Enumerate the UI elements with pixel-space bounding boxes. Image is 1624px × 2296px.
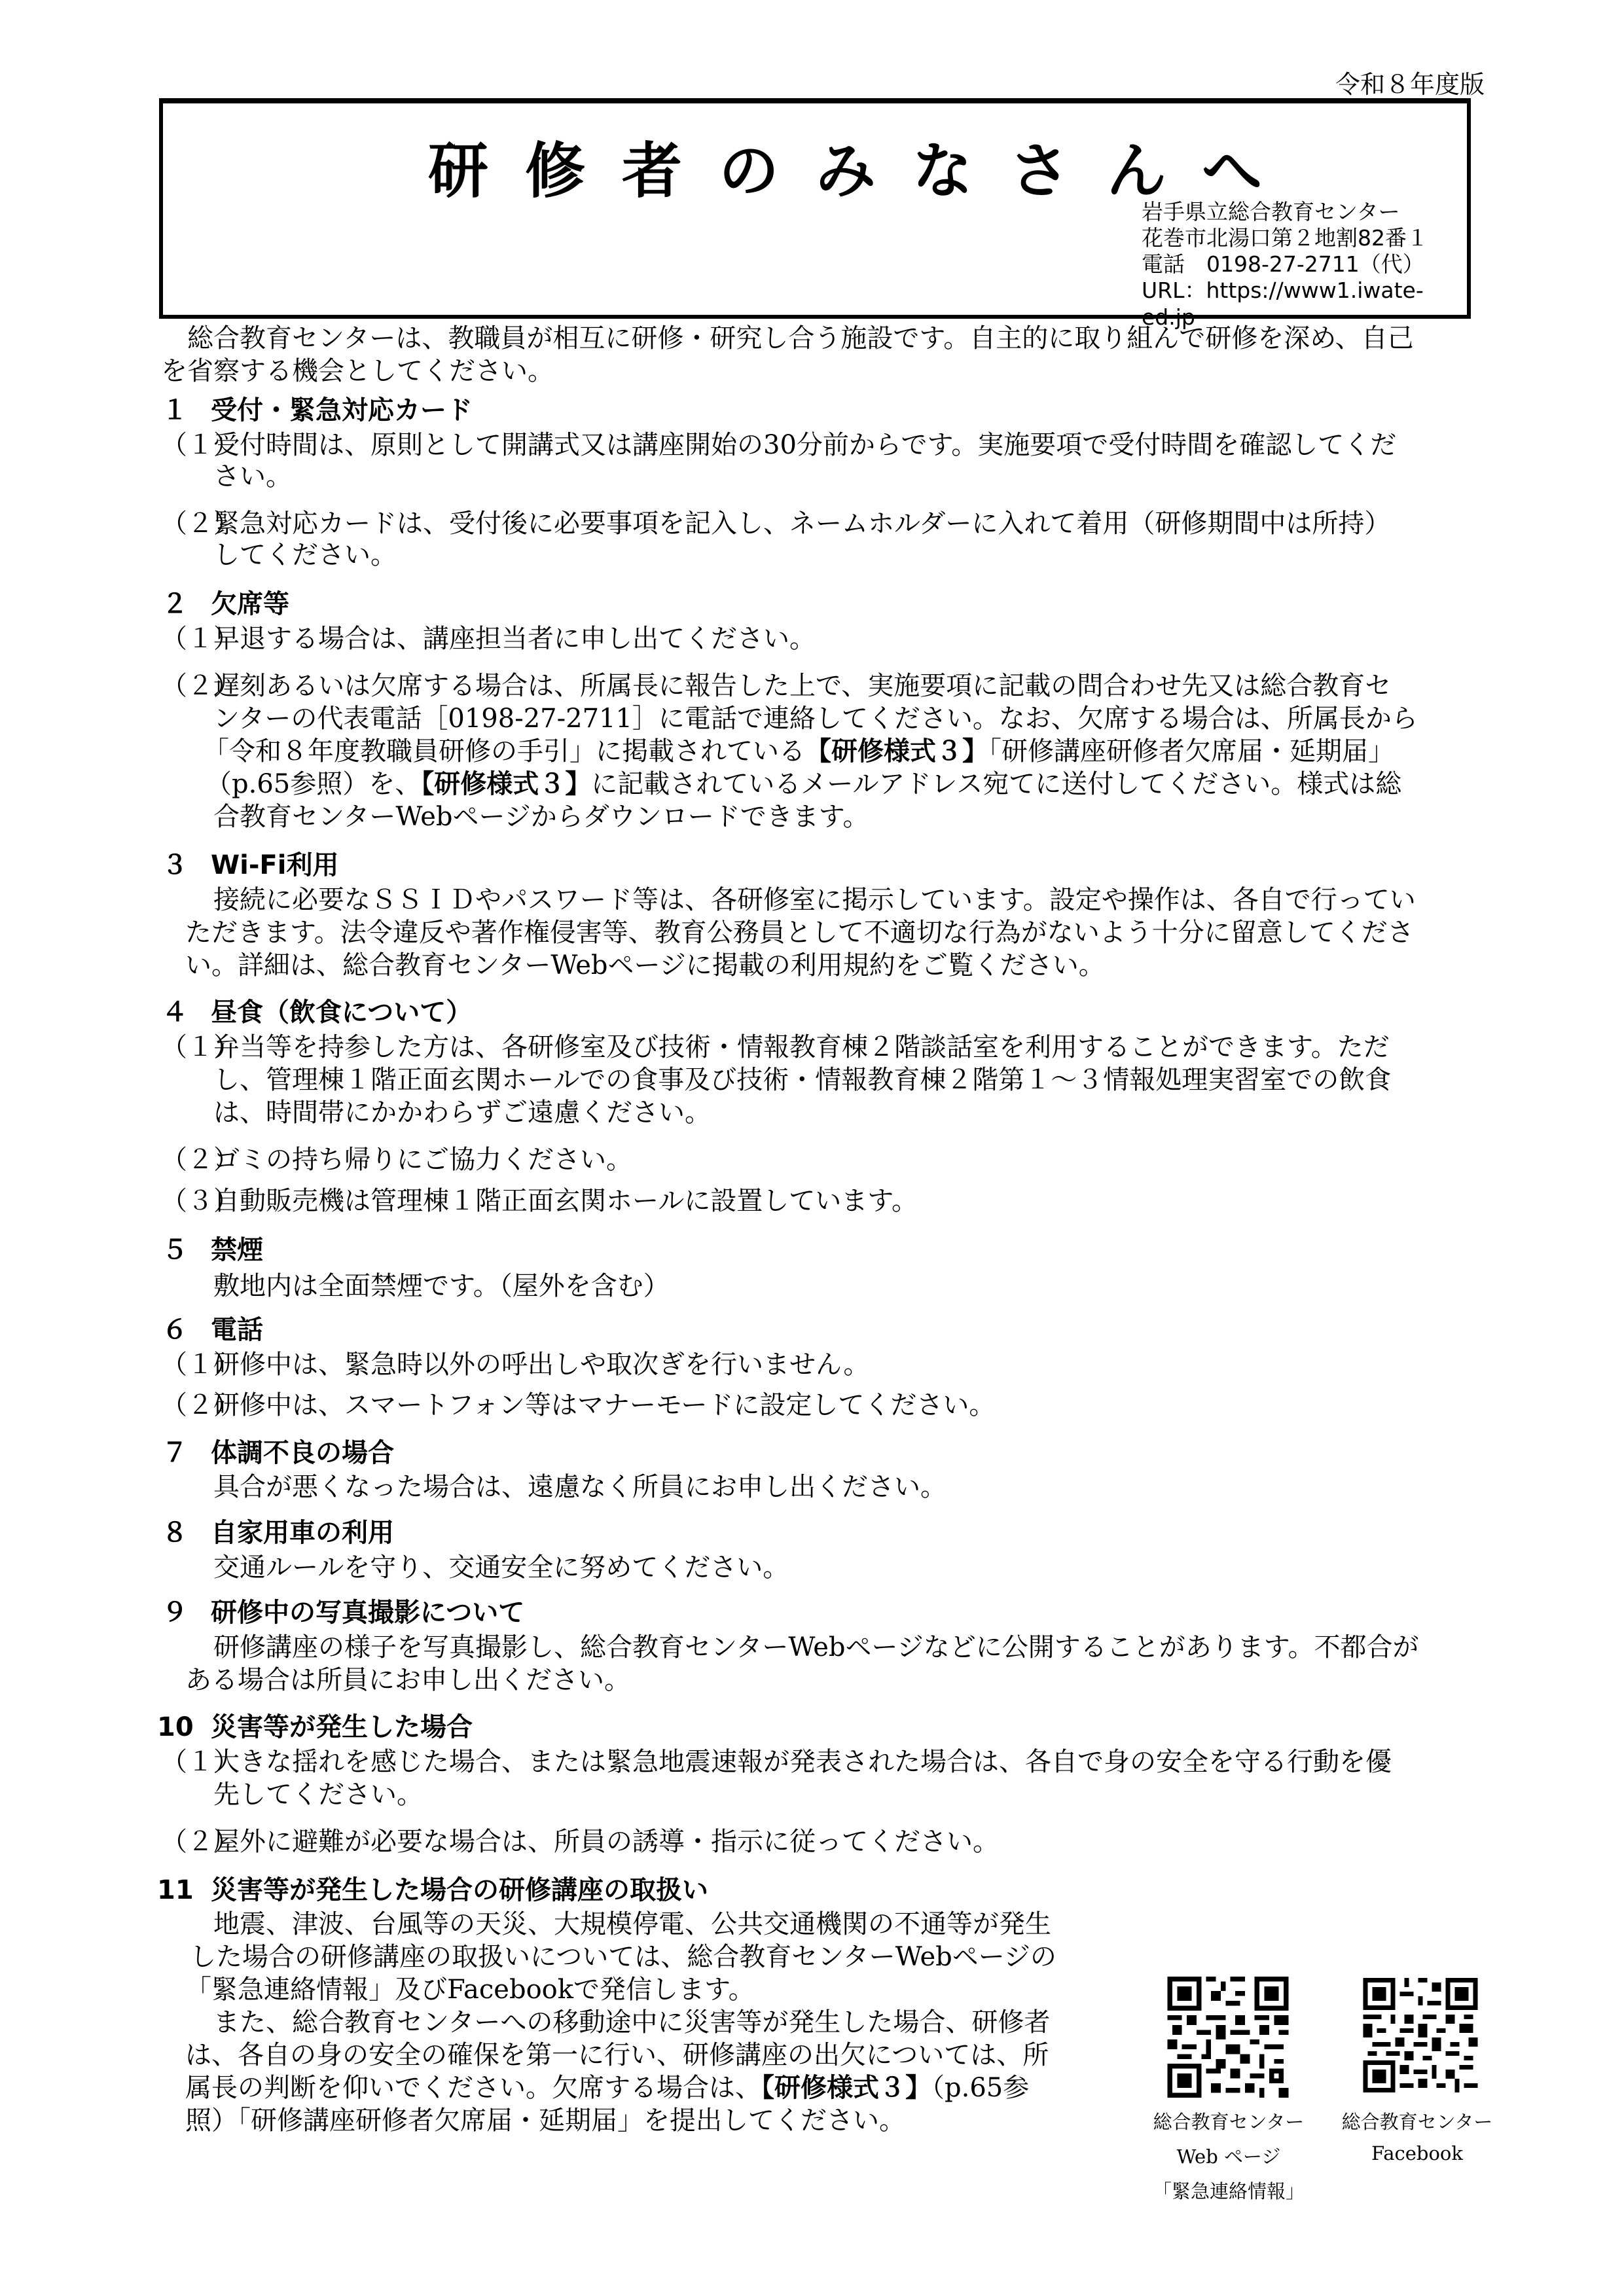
caption-line: Web ページ: [1147, 2142, 1310, 2169]
section-title: 禁煙: [211, 1237, 263, 1263]
form-reference: 【研修様式３】: [761, 2073, 931, 2103]
item-text: 研修中は、スマートフォン等はマナーモードに設定してください。: [213, 1392, 995, 1418]
section-title: 電話: [211, 1317, 263, 1343]
form-reference: 【研修様式３】: [421, 769, 591, 799]
paragraph-line: 交通ルールを守り、交通安全に努めてください。: [213, 1554, 789, 1581]
item-text: 受付時間は、原則として開講式又は講座開始の30分前からです。実施要項で受付時間を…: [213, 432, 1396, 458]
section-title: 研修中の写真撮影について: [211, 1600, 524, 1626]
item-text: は、時間帯にかかわらずご遠慮ください。: [213, 1100, 711, 1126]
item-text: 「令和８年度教職員研修の手引」に掲載されている: [203, 736, 805, 766]
section-title: 昼食（飲食について）: [211, 999, 472, 1026]
paragraph-text: （p.65参: [931, 2073, 1029, 2103]
section-title: 災害等が発生した場合: [211, 1714, 473, 1740]
paragraph-line: 研修講座の様子を写真撮影し、総合教育センターWebページなどに公開することがあり…: [213, 1634, 1419, 1660]
item-text: ゴミの持ち帰りにご協力ください。: [213, 1147, 632, 1173]
edition-label: 令和８年度版: [1335, 64, 1485, 100]
item-text: 先してください。: [213, 1782, 423, 1808]
item-text: に記載されているメールアドレス宛てに送付してください。様式は総: [591, 769, 1401, 799]
section-title: 自家用車の利用: [211, 1520, 394, 1546]
item-text: 大きな揺れを感じた場合、または緊急地震速報が発表された場合は、各自で身の安全を守…: [213, 1749, 1392, 1775]
item-text: （p.65参照）を、: [206, 769, 421, 799]
item-text: 屋外に避難が必要な場合は、所員の誘導・指示に従ってください。: [213, 1829, 999, 1855]
section-title: 体調不良の場合: [211, 1440, 394, 1466]
item-text-line: （p.65参照）を、【研修様式３】に記載されているメールアドレス宛てに送付してく…: [206, 771, 1401, 797]
caption-line: 総合教育センター: [1335, 2108, 1499, 2134]
form-name: 「研修講座研修者欠席届・延期届」: [988, 736, 1394, 766]
section-title: 欠席等: [211, 591, 289, 617]
paragraph-line: 敷地内は全面禁煙です。（屋外を含む）: [213, 1273, 670, 1299]
paragraph-text: 属長の判断を仰いでください。欠席する場合は、: [185, 2073, 761, 2103]
item-text: ンターの代表電話［0198-27-2711］に電話で連絡してください。なお、欠席…: [213, 706, 1418, 732]
item-text: 緊急対応カードは、受付後に必要事項を記入し、ネームホルダーに入れて着用（研修期間…: [213, 511, 1390, 537]
item-text: し、管理棟１階正面玄関ホールでの食事及び技術・情報教育棟２階第１～３情報処理実習…: [213, 1067, 1391, 1093]
qr-code-icon: [1165, 1977, 1291, 2098]
section-number: ４: [162, 999, 188, 1026]
item-text: 合教育センターWebページからダウンロードできます。: [213, 804, 869, 830]
paragraph-line: 「緊急連絡情報」及びFacebookで発信します。: [185, 1977, 755, 2003]
intro-line: を省察する機会としてください。: [161, 358, 554, 384]
section-title: 災害等が発生した場合の研修講座の取扱い: [211, 1877, 708, 1903]
section-number: ８: [162, 1520, 188, 1546]
section-number: ２: [162, 591, 188, 617]
paragraph-line: 接続に必要なＳＳＩＤやパスワード等は、各研修室に掲示しています。設定や操作は、各…: [213, 887, 1416, 913]
intro-line: 総合教育センターは、教職員が相互に研修・研究し合う施設です。自主的に取り組んで研…: [161, 325, 1414, 351]
qr-caption-facebook: 総合教育センター Facebook: [1335, 2108, 1499, 2164]
section-number: 11: [157, 1877, 194, 1903]
item-text: 早退する場合は、講座担当者に申し出てください。: [213, 626, 816, 652]
header-box: 研修者のみなさんへ 岩手県立総合教育センター 花巻市北湯口第２地割82番１ 電話…: [159, 98, 1471, 319]
caption-line: Facebook: [1335, 2142, 1499, 2164]
paragraph-line: い。詳細は、総合教育センターWebページに掲載の利用規約をご覧ください。: [185, 952, 1105, 978]
item-text-line: 「令和８年度教職員研修の手引」に掲載されている【研修様式３】「研修講座研修者欠席…: [203, 738, 1394, 764]
qr-code-web: [1165, 1977, 1291, 2098]
item-text: 研修中は、緊急時以外の呼出しや取次ぎを行いません。: [213, 1352, 869, 1378]
qr-caption-web: 総合教育センター Web ページ 「緊急連絡情報」: [1147, 2108, 1310, 2204]
paragraph-line: また、総合教育センターへの移動途中に災害等が発生した場合、研修者: [213, 2009, 1050, 2036]
paragraph-line: は、各自の身の安全の確保を第一に行い、研修講座の出欠については、所: [185, 2042, 1049, 2068]
caption-line: 「緊急連絡情報」: [1147, 2177, 1310, 2204]
section-number: ５: [162, 1237, 188, 1263]
paragraph-line: 具合が悪くなった場合は、遠慮なく所員にお申し出ください。: [213, 1474, 947, 1500]
qr-code-icon: [1360, 1978, 1481, 2092]
website-url[interactable]: URL：https://www1.iwate-ed.jp: [1142, 274, 1467, 330]
caption-line: 総合教育センター: [1147, 2108, 1310, 2134]
form-reference: 【研修様式３】: [805, 736, 988, 766]
item-text: してください。: [213, 542, 397, 568]
paragraph-line: 地震、津波、台風等の天災、大規模停電、公共交通機関の不通等が発生: [213, 1911, 1051, 1937]
paragraph-line: した場合の研修講座の取扱いについては、総合教育センターWebページの: [190, 1944, 1056, 1970]
section-number: ９: [162, 1600, 188, 1626]
paragraph-line: ただきます。法令違反や著作権侵害等、教育公務員として不適切な行為がないよう十分に…: [185, 920, 1414, 946]
paragraph-line-with-form: 属長の判断を仰いでください。欠席する場合は、【研修様式３】（p.65参: [185, 2075, 1029, 2101]
section-number: １: [162, 397, 188, 423]
qr-code-facebook: [1360, 1978, 1481, 2092]
section-number: ６: [162, 1317, 188, 1343]
item-text: さい。: [213, 463, 292, 490]
item-text: 遅刻あるいは欠席する場合は、所属長に報告した上で、実施要項に記載の問合わせ先又は…: [213, 673, 1391, 699]
section-number: ３: [162, 852, 188, 878]
section-number: ７: [162, 1440, 188, 1466]
section-number: 10: [157, 1714, 194, 1740]
item-text: 自動販売機は管理棟１階正面玄関ホールに設置しています。: [213, 1188, 918, 1214]
paragraph-line: ある場合は所員にお申し出ください。: [185, 1667, 630, 1693]
item-text: 弁当等を持参した方は、各研修室及び技術・情報教育棟２階談話室を利用することができ…: [213, 1034, 1390, 1060]
section-title: Wi-Fi利用: [211, 852, 338, 878]
section-title: 受付・緊急対応カード: [211, 397, 473, 423]
paragraph-line: 照）「研修講座研修者欠席届・延期届」を提出してください。: [185, 2108, 905, 2134]
